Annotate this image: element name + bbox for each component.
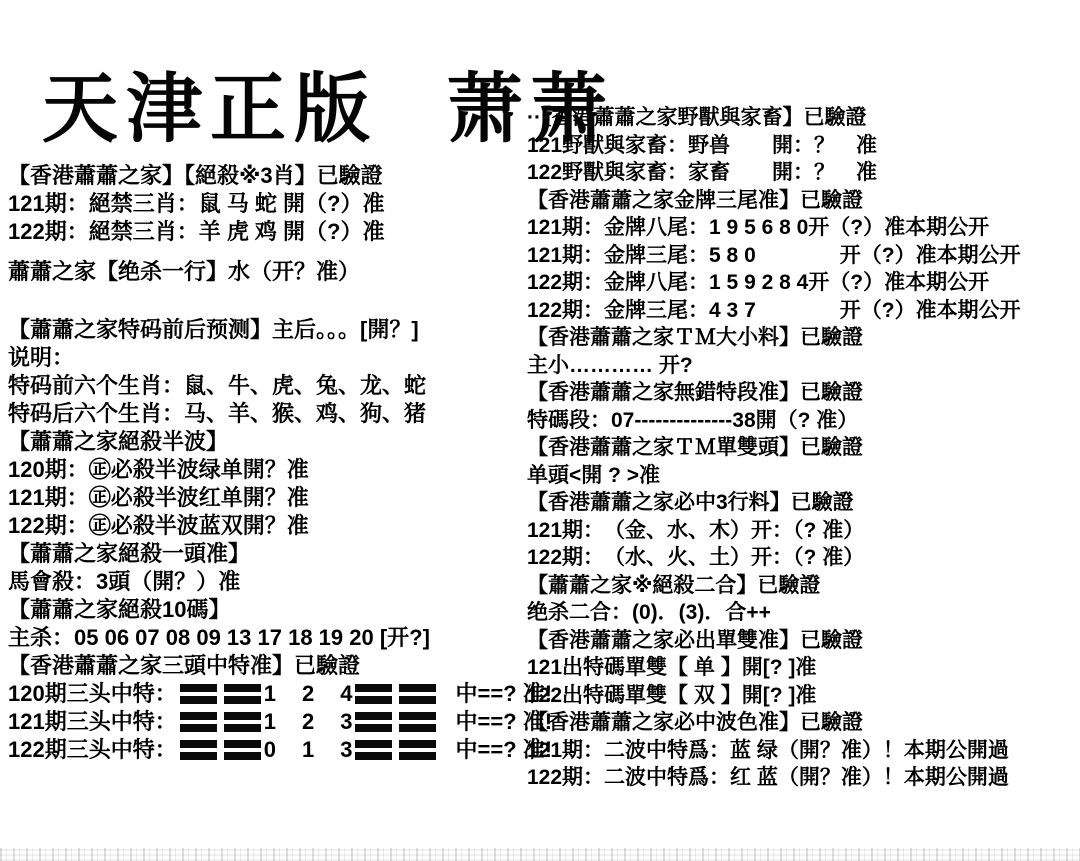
santou-digit: 1 — [302, 736, 314, 764]
section-header: 【蕭蕭之家※絕殺二合】已驗證 — [527, 572, 1075, 600]
text-line: 特码前六个生肖：鼠、牛、虎、兔、龙、蛇 — [8, 372, 518, 400]
redacted-bars-icon — [355, 740, 436, 760]
text-line: 说明： — [8, 344, 518, 372]
text-line: 121期：金牌八尾：1 9 5 6 8 0开（?）准本期公开 — [527, 214, 1075, 242]
section-header: 【香港蕭蕭之家無錯特段准】已驗證 — [527, 379, 1075, 407]
right-column: ··【香港蕭蕭之家野獸與家畜】已驗證 121野獸與家畜：野兽 開：？ 准 122… — [527, 104, 1075, 792]
text-line: 121期： （金、水、木）开：（? 准） — [527, 517, 1075, 545]
redacted-bars-icon — [355, 684, 436, 704]
text-line: 122期：金牌三尾：4 3 7 开（?）准本期公开 — [527, 297, 1075, 325]
text-line: 主杀：05 06 07 08 09 13 17 18 19 20 [开?] — [8, 624, 518, 652]
section-header: 【香港蕭蕭之家必中3行料】已驗證 — [527, 489, 1075, 517]
redacted-bars-icon — [355, 712, 436, 732]
santou-digit: 4 — [340, 680, 352, 708]
text-line: 120期：㊣必殺半波绿单開？准 — [8, 456, 518, 484]
spacer — [8, 246, 518, 258]
text-line: 特码后六个生肖：马、羊、猴、鸡、狗、猪 — [8, 400, 518, 428]
section-header: 【香港蕭蕭之家】【絕殺※3肖】已驗證 — [8, 162, 518, 190]
text-line: 122期：金牌八尾：1 5 9 2 8 4开（?）准本期公开 — [527, 269, 1075, 297]
text-line: 122出特碼單雙【 双 】開[? ]准 — [527, 682, 1075, 710]
text-line: 121期：絕禁三肖：鼠 马 蛇 開（?）准 — [8, 190, 518, 218]
section-header: 【蕭蕭之家絕殺半波】 — [8, 428, 518, 456]
section-header: 【香港蕭蕭之家必出單雙准】已驗證 — [527, 627, 1075, 655]
text-line: 122期： （水、火、土）开：（? 准） — [527, 544, 1075, 572]
santou-row: 120期三头中特： 1 2 4 中==? 准! — [8, 680, 518, 708]
section-header: 【香港蕭蕭之家金牌三尾准】已驗證 — [527, 187, 1075, 215]
santou-digit: 1 — [264, 708, 276, 736]
santou-row: 121期三头中特： 1 2 3 中==? 准! — [8, 708, 518, 736]
text-line: 121期：㊣必殺半波红单開？准 — [8, 484, 518, 512]
left-column: 【香港蕭蕭之家】【絕殺※3肖】已驗證 121期：絕禁三肖：鼠 马 蛇 開（?）准… — [8, 162, 518, 764]
text-line: 单頭<開 ? >准 — [527, 462, 1075, 490]
santou-digit: 1 — [264, 680, 276, 708]
text-line: 主小………… 开? — [527, 352, 1075, 380]
section-header: 【香港蕭蕭之家ＴＭ單雙頭】已驗證 — [527, 434, 1075, 462]
santou-digit: 2 — [302, 680, 314, 708]
section-header: 【蕭蕭之家絕殺10碼】 — [8, 596, 518, 624]
santou-label: 122期三头中特： — [8, 736, 177, 764]
text-line: 馬會殺：3頭（開？）准 — [8, 568, 518, 596]
spacer — [8, 286, 518, 316]
santou-label: 120期三头中特： — [8, 680, 177, 708]
text-line: 蕭蕭之家【绝杀一行】水（开？准） — [8, 258, 518, 286]
santou-digit: 0 — [264, 736, 276, 764]
section-header: 【香港蕭蕭之家必中波色准】已驗證 — [527, 709, 1075, 737]
section-header: 【香港蕭蕭之家ＴＭ大小料】已驗證 — [527, 324, 1075, 352]
redacted-bars-icon — [180, 740, 261, 760]
redacted-bars-icon — [180, 684, 261, 704]
section-header: ··【香港蕭蕭之家野獸與家畜】已驗證 — [527, 104, 1075, 132]
text-line: 121期：二波中特爲：蓝 绿（開？准）！本期公開過 — [527, 737, 1075, 765]
scan-noise — [0, 848, 1080, 861]
text-line: 122期：二波中特爲：红 蓝（開？准）！本期公開過 — [527, 764, 1075, 792]
text-line: 122期：㊣必殺半波蓝双開？准 — [8, 512, 518, 540]
santou-digit: 2 — [302, 708, 314, 736]
santou-label: 121期三头中特： — [8, 708, 177, 736]
text-line: 121出特碼單雙【 单 】開[? ]准 — [527, 654, 1075, 682]
text-line: 特碼段：07--------------38開（? 准） — [527, 407, 1075, 435]
section-header: 【香港蕭蕭之家三頭中特准】已驗證 — [8, 652, 518, 680]
santou-digit: 3 — [340, 708, 352, 736]
redacted-bars-icon — [180, 712, 261, 732]
text-line: 121期：金牌三尾：5 8 0 开（?）准本期公开 — [527, 242, 1075, 270]
santou-digit: 3 — [340, 736, 352, 764]
santou-row: 122期三头中特： 0 1 3 中==? 准! — [8, 736, 518, 764]
section-header: 【蕭蕭之家特码前后预测】主后。。。[開？] — [8, 316, 518, 344]
text-line: 122野獸與家畜：家畜 開：？ 准 — [527, 159, 1075, 187]
text-line: 121野獸與家畜：野兽 開：？ 准 — [527, 132, 1075, 160]
text-line: 122期：絕禁三肖：羊 虎 鸡 開（?）准 — [8, 218, 518, 246]
section-header: 【蕭蕭之家絕殺一頭准】 — [8, 540, 518, 568]
text-line: 绝杀二合：(0)．(3)．合++ — [527, 599, 1075, 627]
tip-sheet-page: 天津正版 萧萧 【香港蕭蕭之家】【絕殺※3肖】已驗證 121期：絕禁三肖：鼠 马… — [0, 0, 1080, 861]
